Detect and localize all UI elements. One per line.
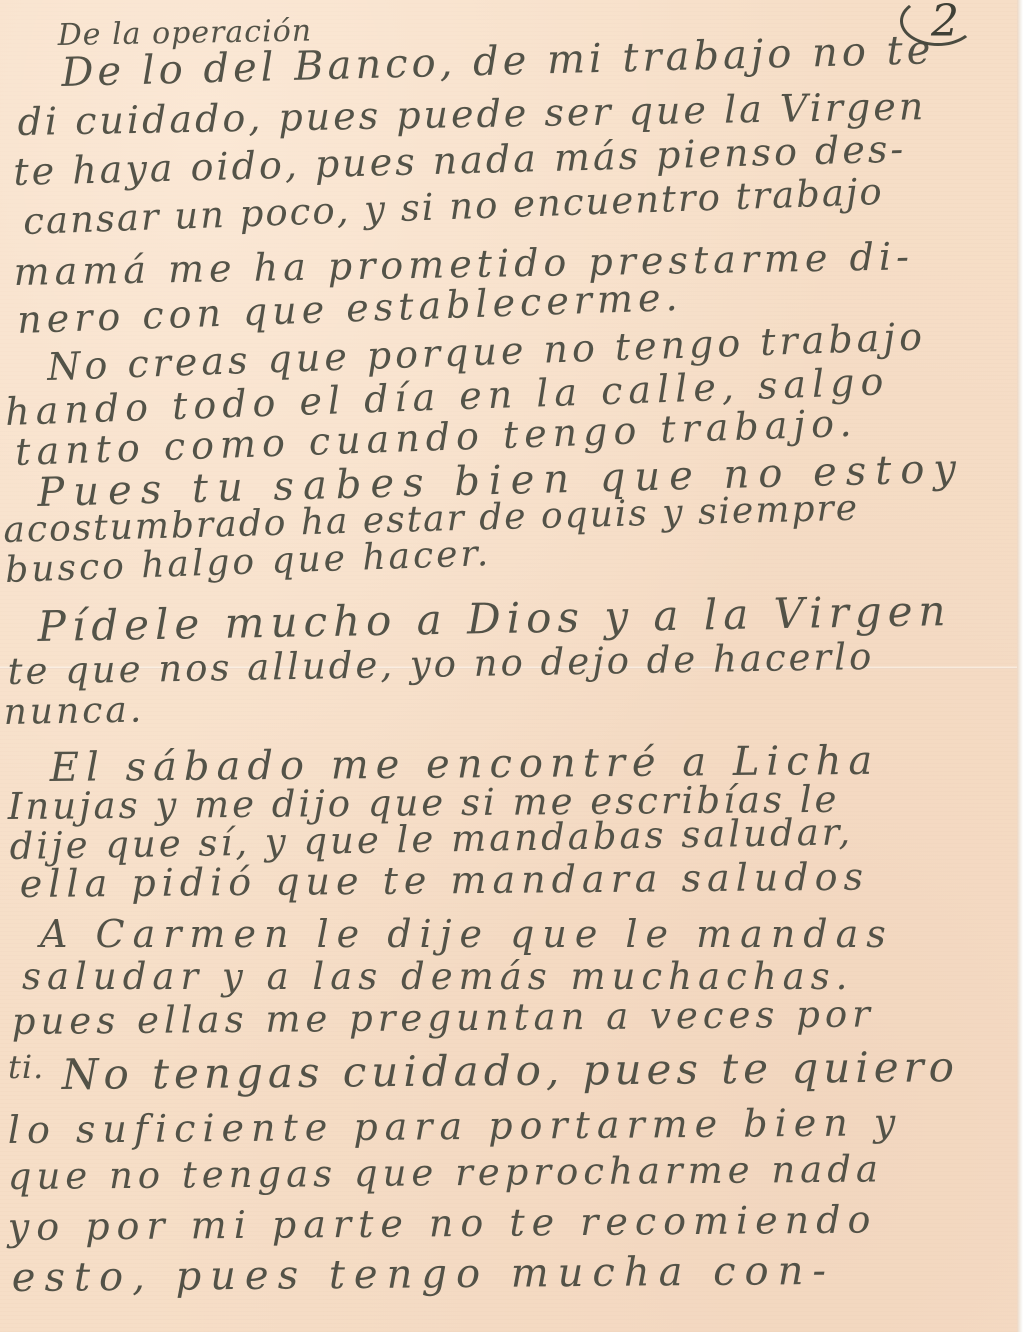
letter-line: pues ellas me preguntan a veces por <box>12 992 875 1043</box>
letter-line: que no tengas que reprocharme nada <box>8 1147 884 1198</box>
letter-line: nunca. <box>3 690 144 733</box>
paper-edge <box>1017 0 1023 1332</box>
letter-line: esto, pues tengo mucha con- <box>12 1248 836 1301</box>
letter-page: 2 De la operación De lo del Banco, de mi… <box>0 0 1017 1332</box>
letter-line: yo por mi parte no te recomiendo <box>8 1197 878 1249</box>
letter-line: lo suficiente para portarme bien y <box>8 1100 903 1152</box>
letter-line: ella pidió que te mandara saludos <box>20 855 870 906</box>
letter-line: ti. <box>8 1048 44 1086</box>
letter-line: No tengas cuidado, pues te quiero <box>62 1042 960 1099</box>
letter-line: A Carmen le dije que le mandas <box>40 912 894 956</box>
letter-line: saludar y a las demás muchachas. <box>22 955 853 998</box>
